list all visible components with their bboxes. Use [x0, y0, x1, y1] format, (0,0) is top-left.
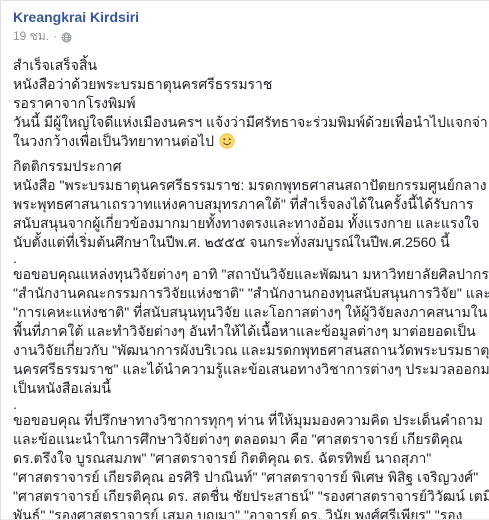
paragraph-text: สำเร็จเสร็จสิ้น หนังสือว่าด้วยพระบรมธาตุ…	[13, 57, 489, 149]
privacy-globe-icon	[61, 32, 72, 43]
post-paragraph: สำเร็จเสร็จสิ้น หนังสือว่าด้วยพระบรมธาตุ…	[13, 56, 481, 151]
post-paragraph: ขอขอบคุณแหล่งทุนวิจัยต่างๆ อาทิ "สถาบันว…	[13, 265, 481, 398]
post-paragraph: กิตติกรรมประกาศ หนังสือ "พระบรมธาตุนครศร…	[13, 157, 481, 252]
timestamp-link[interactable]: 19 ชม.	[13, 29, 49, 44]
meta-separator-dot: ·	[53, 29, 57, 44]
post-paragraph: ขอขอบคุณ ที่ปรึกษาทางวิชาการทุกๆ ท่าน ที…	[13, 411, 481, 520]
paragraph-separator-dot: .	[13, 402, 481, 409]
author-name-link[interactable]: Kreangkrai Kirdsiri	[13, 8, 139, 26]
slightly-smiling-emoji-icon	[219, 133, 235, 149]
facebook-post-card: Kreangkrai Kirdsiri 19 ชม. · สำเร็จเสร็จ…	[0, 0, 489, 520]
paragraph-separator-dot: .	[13, 256, 481, 263]
post-text: สำเร็จเสร็จสิ้น หนังสือว่าด้วยพระบรมธาตุ…	[13, 56, 481, 520]
post-header: Kreangkrai Kirdsiri 19 ชม. ·	[13, 7, 481, 44]
post-meta: 19 ชม. ·	[13, 29, 481, 44]
